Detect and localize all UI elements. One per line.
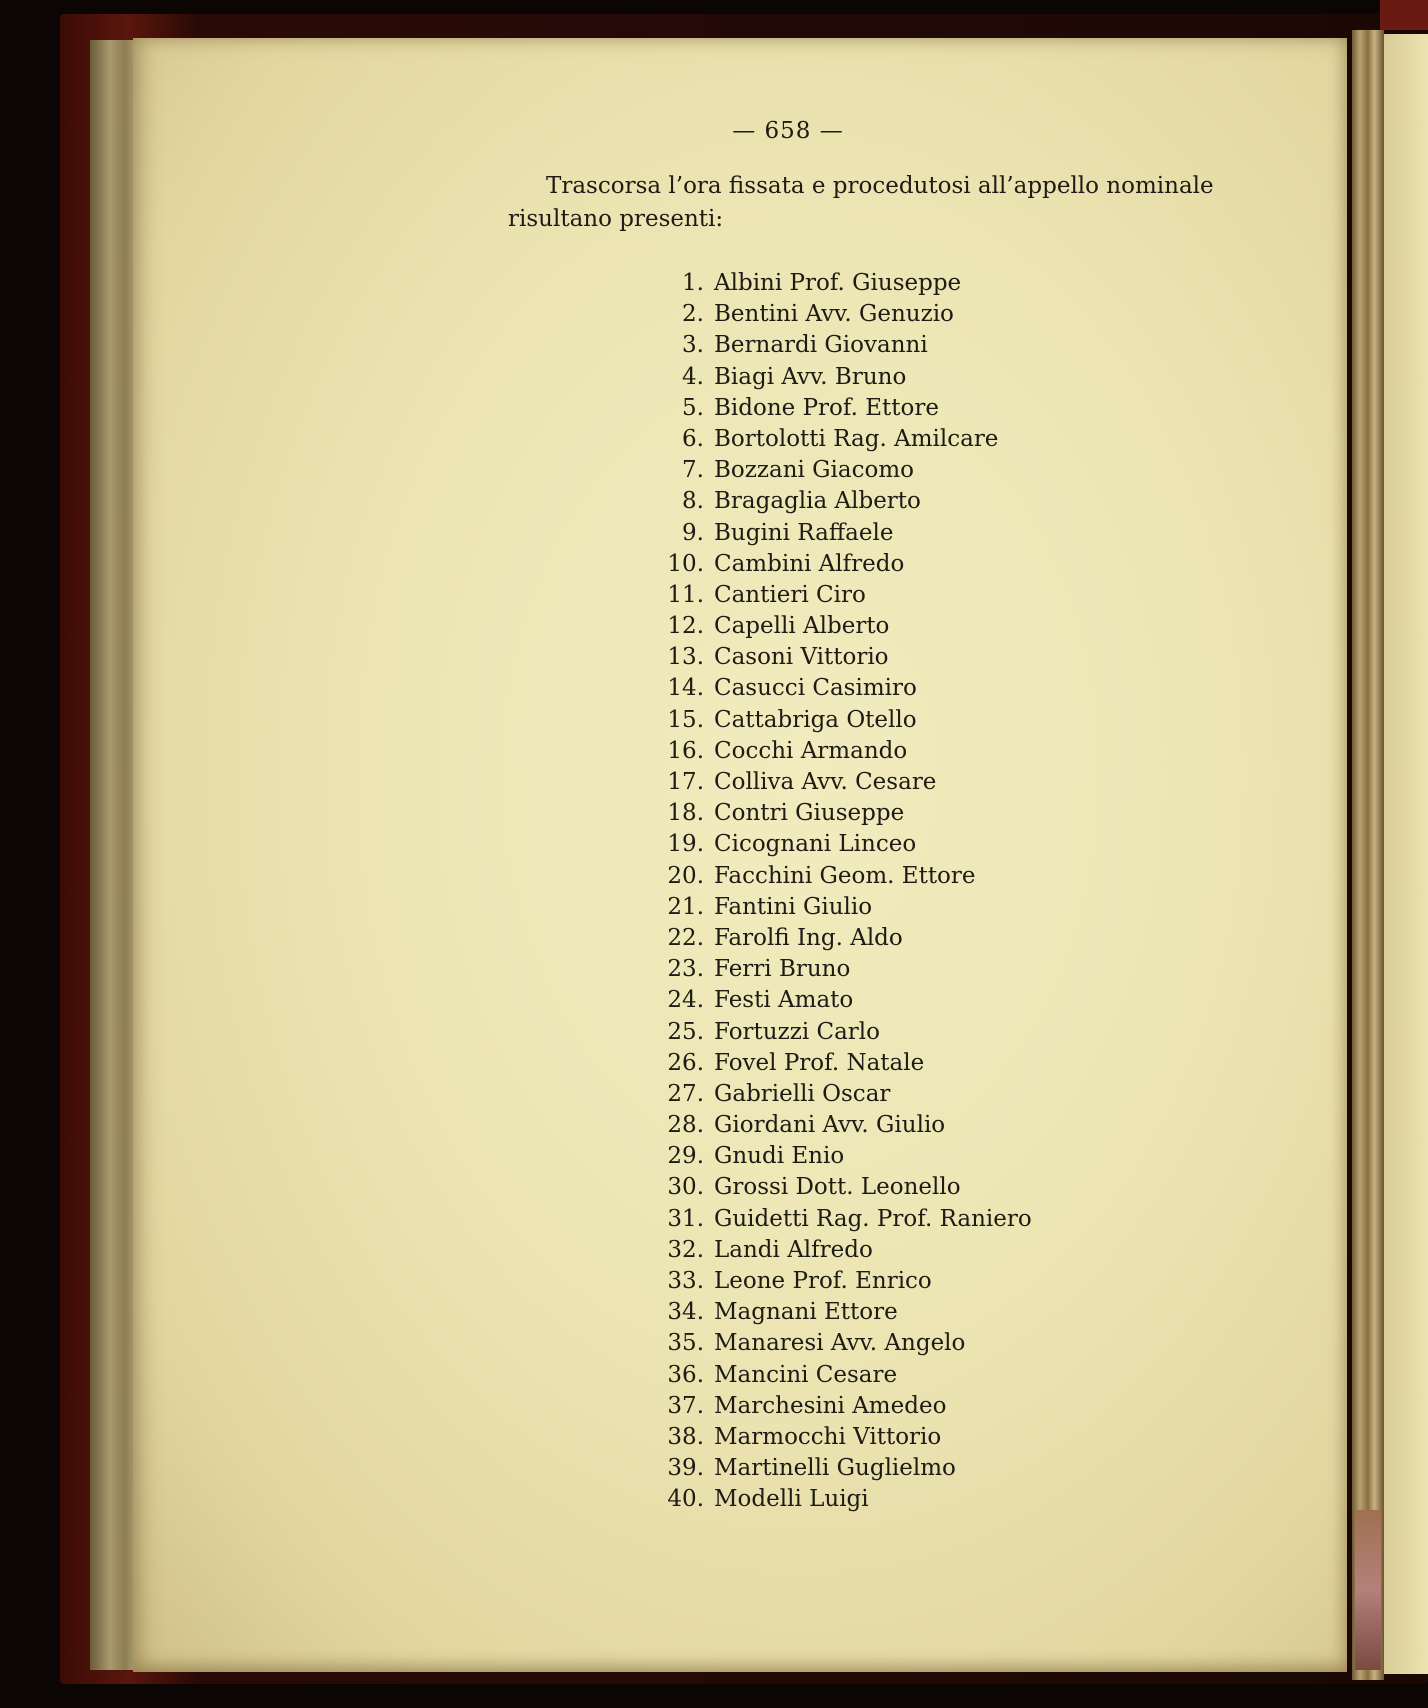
list-item: 37.Marchesini Amedeo: [660, 1391, 1032, 1422]
item-number: 17.: [660, 767, 714, 798]
attendee-name: Albini Prof. Giuseppe: [714, 268, 961, 299]
list-item: 38.Marmocchi Vittorio: [660, 1422, 1032, 1453]
item-number: 38.: [660, 1422, 714, 1453]
attendee-name: Contri Giuseppe: [714, 798, 904, 829]
attendee-name: Festi Amato: [714, 985, 853, 1016]
item-number: 25.: [660, 1017, 714, 1048]
list-item: 19.Cicognani Linceo: [660, 829, 1032, 860]
attendee-name: Facchini Geom. Ettore: [714, 861, 976, 892]
item-number: 12.: [660, 611, 714, 642]
item-number: 15.: [660, 705, 714, 736]
item-number: 31.: [660, 1204, 714, 1235]
list-item: 20.Facchini Geom. Ettore: [660, 861, 1032, 892]
attendee-name: Cambini Alfredo: [714, 549, 904, 580]
attendee-name: Gabrielli Oscar: [714, 1079, 890, 1110]
attendee-name: Fortuzzi Carlo: [714, 1017, 880, 1048]
list-item: 10.Cambini Alfredo: [660, 549, 1032, 580]
list-item: 4.Biagi Avv. Bruno: [660, 362, 1032, 393]
attendee-name: Marmocchi Vittorio: [714, 1422, 941, 1453]
item-number: 23.: [660, 954, 714, 985]
attendee-name: Leone Prof. Enrico: [714, 1266, 932, 1297]
list-item: 22.Farolfi Ing. Aldo: [660, 923, 1032, 954]
attendee-name: Cicognani Linceo: [714, 829, 916, 860]
item-number: 5.: [660, 393, 714, 424]
intro-line-1: Trascorsa l’ora fissata e procedutosi al…: [508, 170, 1208, 203]
attendee-name: Marchesini Amedeo: [714, 1391, 946, 1422]
book-spine: [1352, 30, 1384, 1680]
item-number: 29.: [660, 1141, 714, 1172]
list-item: 8.Bragaglia Alberto: [660, 486, 1032, 517]
item-number: 18.: [660, 798, 714, 829]
attendee-name: Bragaglia Alberto: [714, 486, 921, 517]
list-item: 32.Landi Alfredo: [660, 1235, 1032, 1266]
attendee-name: Cattabriga Otello: [714, 705, 917, 736]
item-number: 9.: [660, 518, 714, 549]
item-number: 16.: [660, 736, 714, 767]
item-number: 33.: [660, 1266, 714, 1297]
list-item: 24.Festi Amato: [660, 985, 1032, 1016]
list-item: 13.Casoni Vittorio: [660, 642, 1032, 673]
list-item: 35.Manaresi Avv. Angelo: [660, 1328, 1032, 1359]
list-item: 2.Bentini Avv. Genuzio: [660, 299, 1032, 330]
item-number: 35.: [660, 1328, 714, 1359]
list-item: 34.Magnani Ettore: [660, 1297, 1032, 1328]
list-item: 25.Fortuzzi Carlo: [660, 1017, 1032, 1048]
attendee-name: Martinelli Guglielmo: [714, 1453, 956, 1484]
list-item: 9.Bugini Raffaele: [660, 518, 1032, 549]
attendee-name: Biagi Avv. Bruno: [714, 362, 906, 393]
item-number: 27.: [660, 1079, 714, 1110]
list-item: 14.Casucci Casimiro: [660, 673, 1032, 704]
item-number: 21.: [660, 892, 714, 923]
list-item: 16.Cocchi Armando: [660, 736, 1032, 767]
cover-corner: [1380, 0, 1428, 30]
attendee-name: Bortolotti Rag. Amilcare: [714, 424, 998, 455]
list-item: 39.Martinelli Guglielmo: [660, 1453, 1032, 1484]
item-number: 32.: [660, 1235, 714, 1266]
item-number: 24.: [660, 985, 714, 1016]
item-number: 1.: [660, 268, 714, 299]
item-number: 28.: [660, 1110, 714, 1141]
list-item: 6.Bortolotti Rag. Amilcare: [660, 424, 1032, 455]
list-item: 33.Leone Prof. Enrico: [660, 1266, 1032, 1297]
item-number: 40.: [660, 1484, 714, 1515]
item-number: 4.: [660, 362, 714, 393]
item-number: 39.: [660, 1453, 714, 1484]
attendee-name: Cantieri Ciro: [714, 580, 866, 611]
list-item: 23.Ferri Bruno: [660, 954, 1032, 985]
list-item: 1.Albini Prof. Giuseppe: [660, 268, 1032, 299]
attendee-list: 1.Albini Prof. Giuseppe 2.Bentini Avv. G…: [660, 268, 1032, 1516]
list-item: 18.Contri Giuseppe: [660, 798, 1032, 829]
intro-paragraph: Trascorsa l’ora fissata e procedutosi al…: [508, 170, 1208, 236]
list-item: 21.Fantini Giulio: [660, 892, 1032, 923]
list-item: 28.Giordani Avv. Giulio: [660, 1110, 1032, 1141]
intro-line-2: risultano presenti:: [508, 203, 1208, 236]
attendee-name: Mancini Cesare: [714, 1360, 897, 1391]
item-number: 10.: [660, 549, 714, 580]
attendee-name: Bozzani Giacomo: [714, 455, 914, 486]
list-item: 40.Modelli Luigi: [660, 1484, 1032, 1515]
attendee-name: Grossi Dott. Leonello: [714, 1172, 961, 1203]
list-item: 36.Mancini Cesare: [660, 1360, 1032, 1391]
attendee-name: Landi Alfredo: [714, 1235, 873, 1266]
attendee-name: Bugini Raffaele: [714, 518, 893, 549]
attendee-name: Bidone Prof. Ettore: [714, 393, 939, 424]
list-item: 12.Capelli Alberto: [660, 611, 1032, 642]
attendee-name: Fovel Prof. Natale: [714, 1048, 924, 1079]
item-number: 34.: [660, 1297, 714, 1328]
list-item: 15.Cattabriga Otello: [660, 705, 1032, 736]
page-number: — 658 —: [0, 118, 1428, 144]
attendee-name: Guidetti Rag. Prof. Raniero: [714, 1204, 1032, 1235]
attendee-name: Colliva Avv. Cesare: [714, 767, 936, 798]
item-number: 6.: [660, 424, 714, 455]
item-number: 30.: [660, 1172, 714, 1203]
attendee-name: Cocchi Armando: [714, 736, 907, 767]
attendee-name: Giordani Avv. Giulio: [714, 1110, 945, 1141]
item-number: 8.: [660, 486, 714, 517]
attendee-name: Casoni Vittorio: [714, 642, 889, 673]
item-number: 36.: [660, 1360, 714, 1391]
item-number: 37.: [660, 1391, 714, 1422]
list-item: 31.Guidetti Rag. Prof. Raniero: [660, 1204, 1032, 1235]
item-number: 14.: [660, 673, 714, 704]
attendee-name: Bernardi Giovanni: [714, 330, 928, 361]
list-item: 26.Fovel Prof. Natale: [660, 1048, 1032, 1079]
list-item: 3.Bernardi Giovanni: [660, 330, 1032, 361]
facing-page-edge: [1384, 34, 1428, 1674]
list-item: 27.Gabrielli Oscar: [660, 1079, 1032, 1110]
list-item: 30.Grossi Dott. Leonello: [660, 1172, 1032, 1203]
attendee-name: Bentini Avv. Genuzio: [714, 299, 954, 330]
item-number: 7.: [660, 455, 714, 486]
item-number: 20.: [660, 861, 714, 892]
item-number: 13.: [660, 642, 714, 673]
attendee-name: Magnani Ettore: [714, 1297, 898, 1328]
list-item: 7.Bozzani Giacomo: [660, 455, 1032, 486]
list-item: 11.Cantieri Ciro: [660, 580, 1032, 611]
item-number: 26.: [660, 1048, 714, 1079]
item-number: 2.: [660, 299, 714, 330]
list-item: 17.Colliva Avv. Cesare: [660, 767, 1032, 798]
list-item: 5.Bidone Prof. Ettore: [660, 393, 1032, 424]
item-number: 3.: [660, 330, 714, 361]
attendee-name: Ferri Bruno: [714, 954, 850, 985]
spine-binding: [1355, 1510, 1381, 1670]
list-item: 29.Gnudi Enio: [660, 1141, 1032, 1172]
attendee-name: Farolfi Ing. Aldo: [714, 923, 903, 954]
attendee-name: Casucci Casimiro: [714, 673, 917, 704]
attendee-name: Modelli Luigi: [714, 1484, 869, 1515]
item-number: 19.: [660, 829, 714, 860]
attendee-name: Capelli Alberto: [714, 611, 889, 642]
attendee-name: Manaresi Avv. Angelo: [714, 1328, 965, 1359]
item-number: 22.: [660, 923, 714, 954]
attendee-name: Fantini Giulio: [714, 892, 872, 923]
attendee-name: Gnudi Enio: [714, 1141, 844, 1172]
item-number: 11.: [660, 580, 714, 611]
